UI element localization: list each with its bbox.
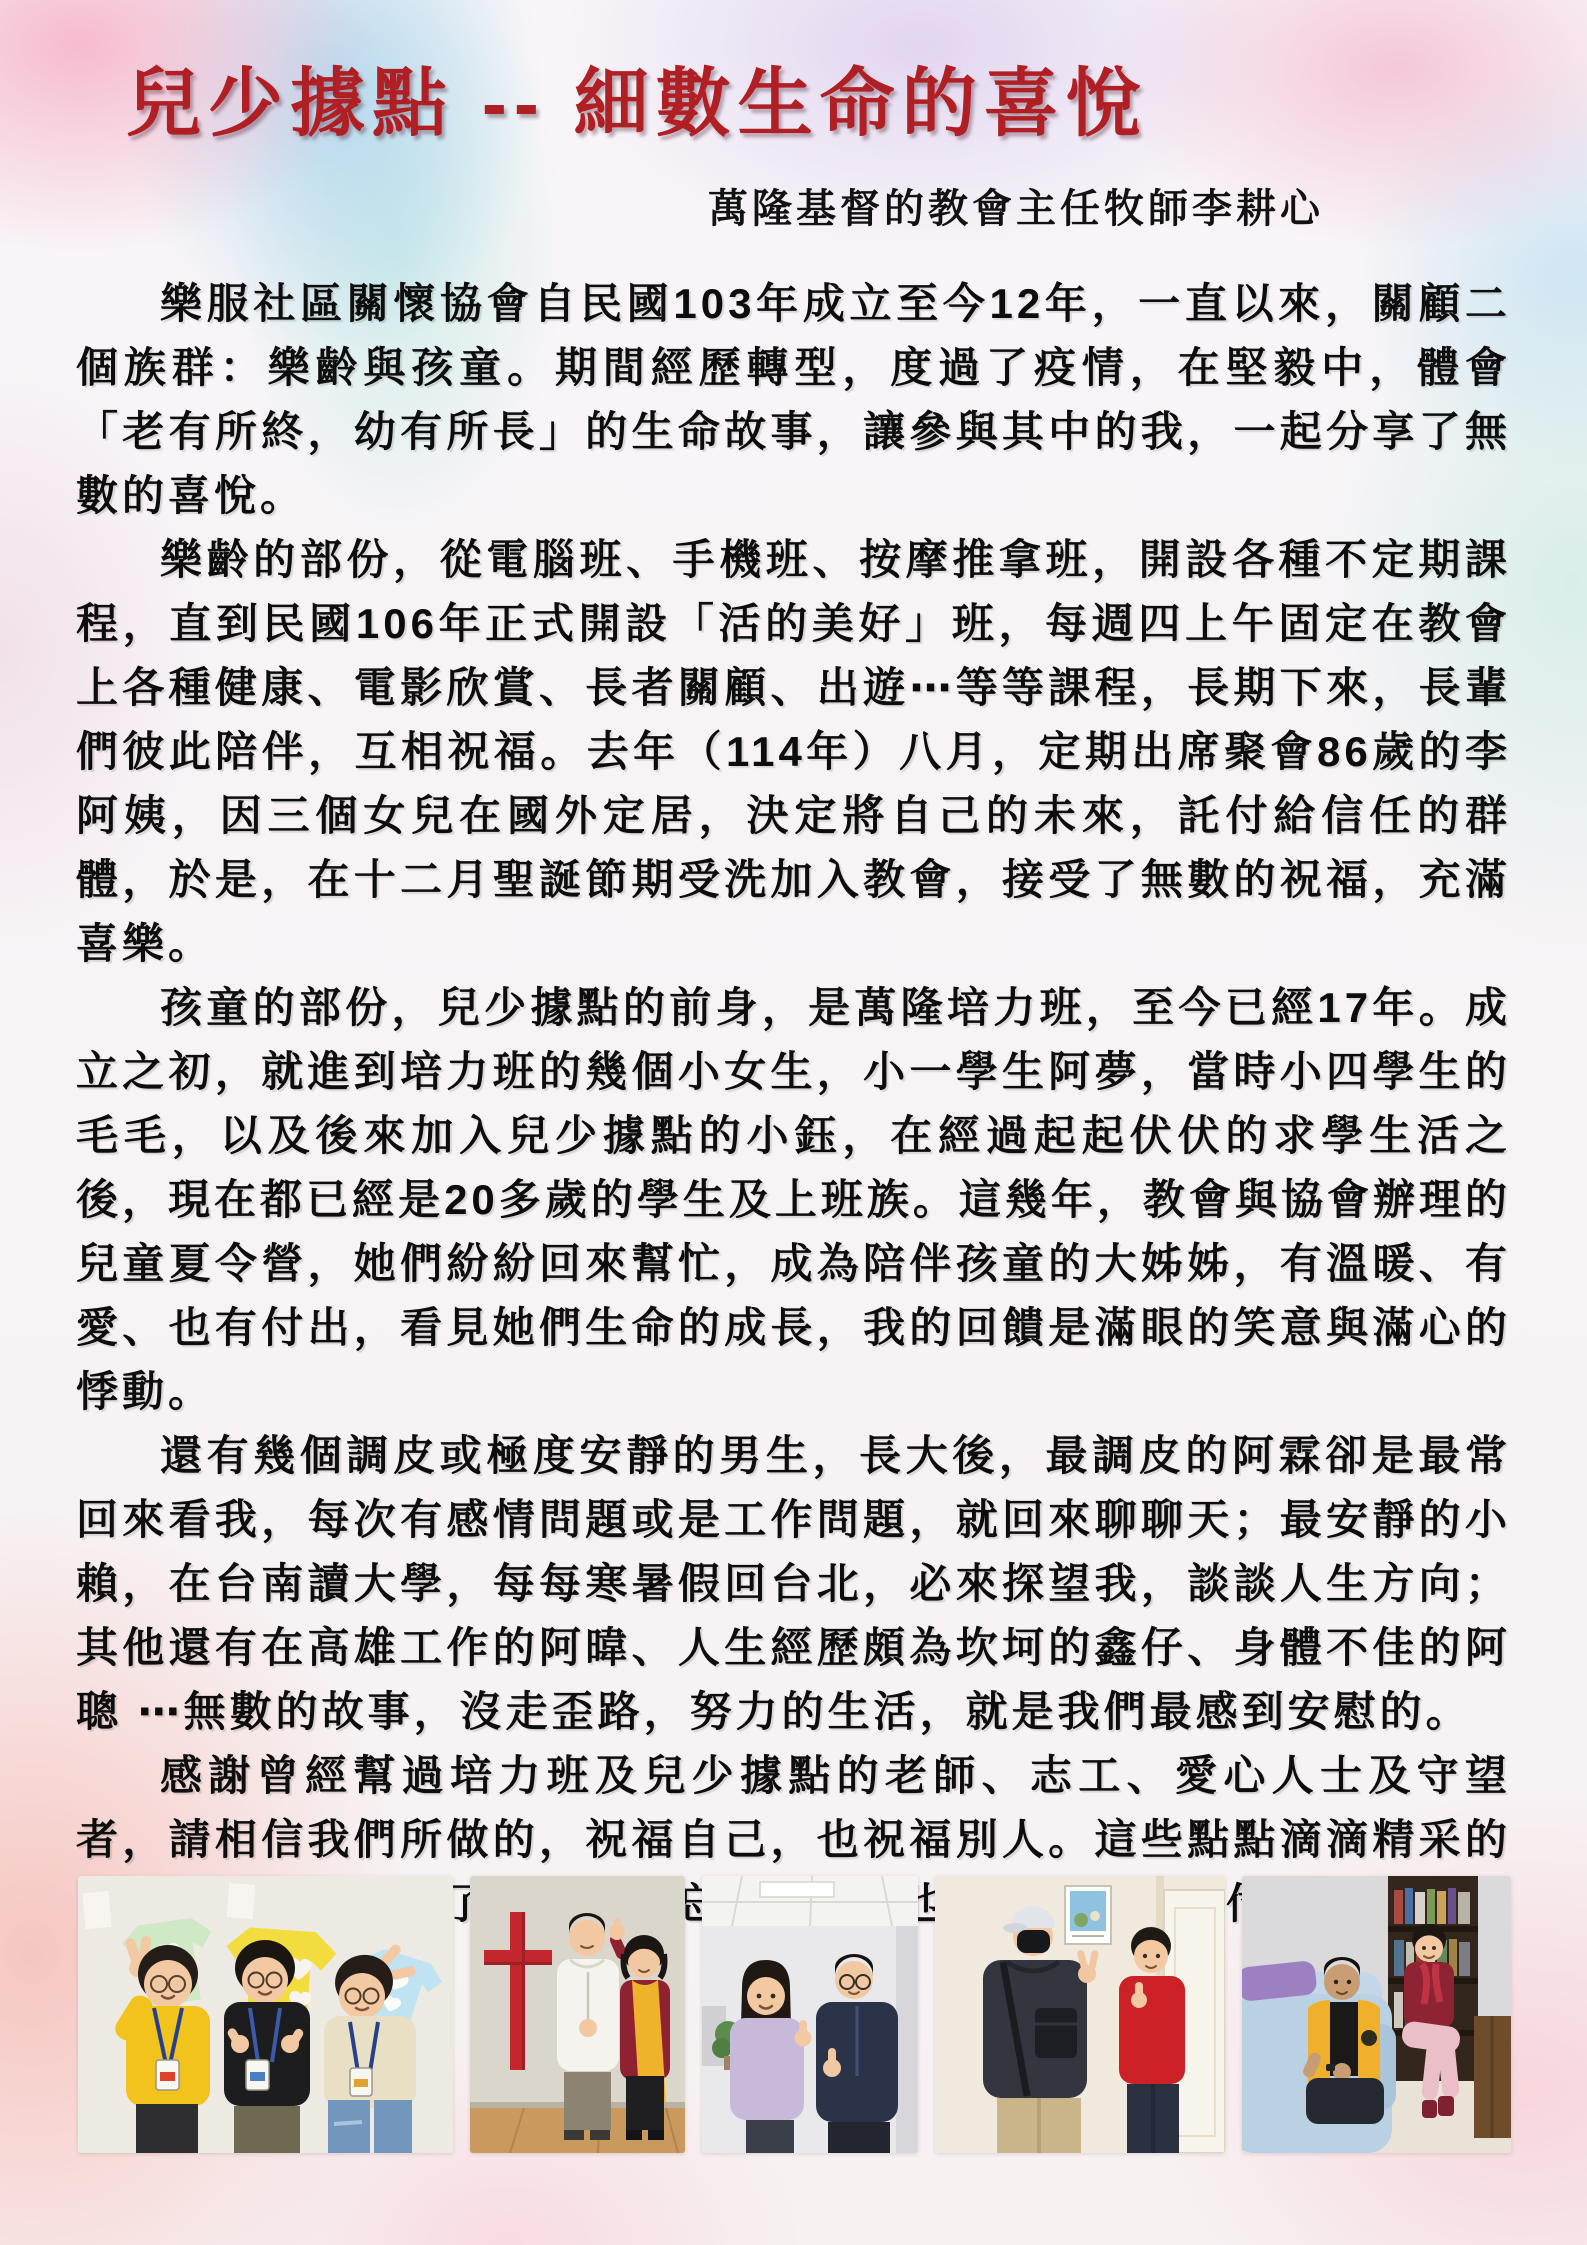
photo-sofa-bookshelf [1242,1876,1511,2153]
photo-office-scene [702,1876,918,2153]
wall-picture [1065,1886,1111,1944]
photo-three-volunteers-scene [78,1876,453,2153]
newsletter-page: 兒少據點 -- 細數生命的喜悅 萬隆基督的教會主任牧師李耕心 樂服社區關懷協會自… [0,0,1587,2245]
photo-gallery [78,1876,1511,2153]
paragraph-3: 孩童的部份，兒少據點的前身，是萬隆培力班，至今已經17年。成立之初，就進到培力班… [76,976,1511,1424]
page-title: 兒少據點 -- 細數生命的喜悅 [126,44,1587,151]
photo-door-scene [935,1876,1225,2153]
page-header: 兒少據點 -- 細數生命的喜悅 萬隆基督的教會主任牧師李耕心 [0,0,1587,234]
photo-red-cross-scene [470,1876,685,2153]
photo-masked-man-red-sweater [935,1876,1225,2153]
paragraph-2: 樂齡的部份，從電腦班、手機班、按摩推拿班，開設各種不定期課程，直到民國106年正… [76,528,1511,976]
photo-red-cross-couple [470,1876,685,2153]
paragraph-4: 還有幾個調皮或極度安靜的男生，長大後，最調皮的阿霖卻是最常回來看我，每次有感情問… [76,1424,1511,1744]
paragraph-1: 樂服社區關懷協會自民國103年成立至今12年，一直以來，關顧二個族群：樂齡與孩童… [76,272,1511,528]
article-body: 樂服社區關懷協會自民國103年成立至今12年，一直以來，關顧二個族群：樂齡與孩童… [76,272,1511,1936]
photo-three-volunteers [78,1876,453,2153]
photo-sofa-scene [1242,1876,1511,2153]
photo-office-thumbs-up [702,1876,918,2153]
byline: 萬隆基督的教會主任牧師李耕心 [708,177,1587,234]
